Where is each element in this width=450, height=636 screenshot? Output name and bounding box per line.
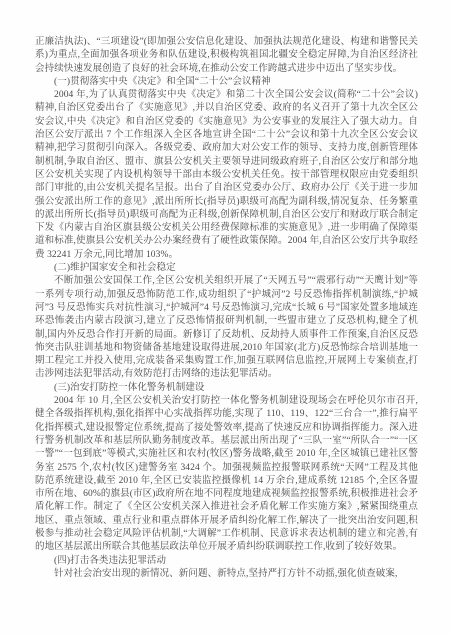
paragraph: 不断加强公安国保工作,全区公安机关组织开展了“天网五号”“震邪行动”“天鹰计划”… (35, 275, 418, 381)
document-page: 正廉洁执法)、“三项建设”(即加强公安信息化建设、加强执法规范化建设、构建和谐警… (0, 0, 450, 636)
section-heading-3: (三)治安打防控一体化警务机制建设 (35, 382, 418, 395)
paragraph: 2004 年,为了认真贯彻落实中央《决定》和第二十次全国公安会议(简称“二十公”… (35, 89, 418, 262)
section-heading-4: (四)打击各类违法犯罪活动 (35, 555, 418, 568)
paragraph: 针对社会治安出现的新情况、新问题、新特点,坚持严打方针不动摇,强化侦查破案, (35, 568, 418, 581)
document-text-block: 正廉洁执法)、“三项建设”(即加强公安信息化建设、加强执法规范化建设、构建和谐警… (35, 36, 418, 581)
paragraph: 2004 年 10 月,全区公安机关治安打防控一体化警务机制建设现场会在呼伦贝尔… (35, 395, 418, 555)
section-heading-2: (二)维护国家安全和社会稳定 (35, 262, 418, 275)
section-heading-1: (一)贯彻落实中央《决定》和全国“二十公”会议精神 (35, 76, 418, 89)
paragraph-continuation: 正廉洁执法)、“三项建设”(即加强公安信息化建设、加强执法规范化建设、构建和谐警… (35, 36, 418, 76)
